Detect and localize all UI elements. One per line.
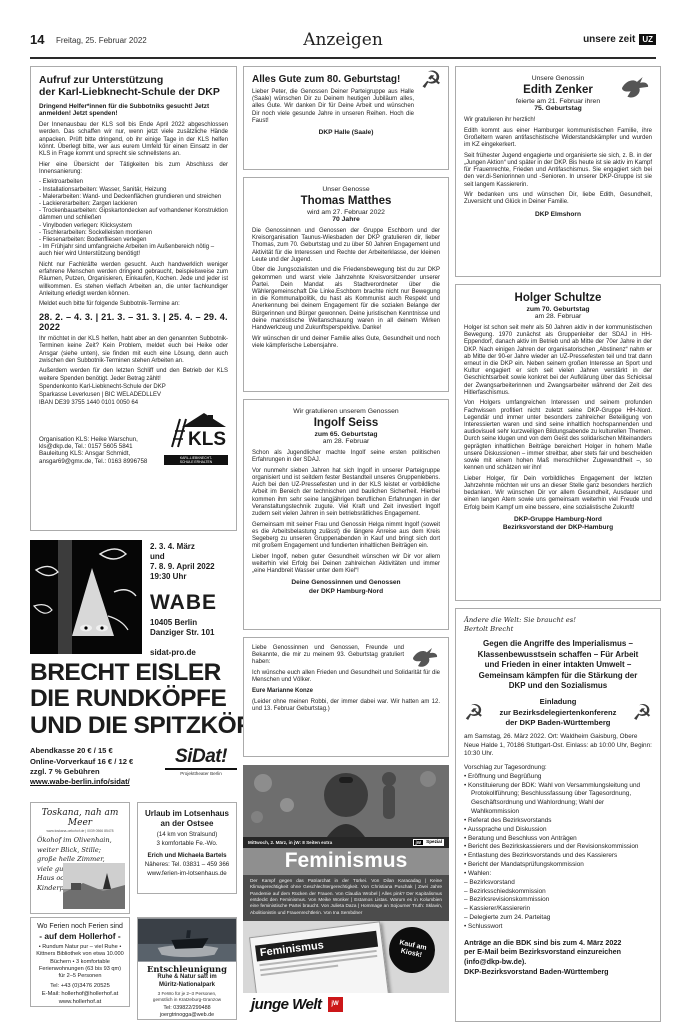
hollerhof-email[interactable]: E-Mail: hollerhof@hollerhof.at	[36, 991, 124, 999]
svg-text:KLS: KLS	[188, 429, 226, 449]
bdk-invitation-header: ☭ Einladung zur Bezirksdelegiertenkonfer…	[464, 697, 652, 728]
toskana-ad: Toskana, nah am Meer www.toskana-oekohof…	[30, 802, 130, 914]
bdk-closing: Anträge an die BDK sind bis zum 4. März …	[464, 938, 652, 977]
zenker-birthday-box: Unsere Genossin Edith Zenker feierte am …	[455, 66, 661, 277]
seiss-signature: Deine Genossinnen und Genossen der DKP H…	[252, 579, 440, 596]
masthead-name: unsere zeit	[583, 34, 635, 45]
zenker-signature: DKP Elmshorn	[464, 211, 652, 220]
kls-house-icon: KLS	[164, 411, 228, 449]
kls-task: - Tischlerarbeiten: Sockelleisten montie…	[39, 230, 228, 237]
bdk-motto: Gegen die Angriffe des Imperialismus – K…	[470, 639, 646, 691]
kls-account-line: Sparkasse Leverkusen | BIC WELADEDLLEV	[39, 392, 228, 399]
hammer-sickle-icon: ☭	[464, 702, 484, 724]
hollerhof-title: - auf dem Hollerhof -	[36, 931, 124, 941]
masthead: unsere zeit UZ	[583, 34, 656, 45]
bdk-invitation-box: Ändere die Welt: Sie braucht es! Bertolt…	[455, 608, 661, 1022]
boat-photo	[138, 918, 236, 962]
kls-logo-label: KARL-LIEBKNECHT- SCHULE ERHALTEN	[164, 455, 228, 466]
kls-paragraph: Hier eine Übersicht der Tätigkeiten bis …	[39, 162, 228, 176]
sidat-logo: SiDat! Projekttheater Berlin	[165, 746, 237, 787]
play-title-line: UND DIE SPITZKÖPFE	[30, 713, 237, 739]
kls-subbotnik-dates: 28. 2. – 4. 3. | 21. 3. – 31. 3. | 25. 4…	[39, 312, 228, 332]
lotsenhaus-website-link[interactable]: www.ferien-im-lotsenhaus.de	[143, 870, 231, 879]
kls-task-list: - Elektroarbeiten - Installationsarbeite…	[39, 179, 228, 258]
kls-paragraph: Der Innenausbau der KLS soll bis Ende Ap…	[39, 122, 228, 158]
schultze-name: Holger Schultze	[464, 292, 652, 304]
brecht-quote: Ändere die Welt: Sie braucht es! Bertolt…	[464, 616, 652, 634]
kiosk-badge: Kauf am Kiosk!	[385, 923, 440, 978]
lotsenhaus-ad: Urlaub im Lotsenhaus an der Ostsee (14 k…	[137, 802, 237, 894]
hollerhof-ad: Wo Ferien noch Ferien sind - auf dem Hol…	[30, 917, 130, 1007]
kls-paragraph: Außerdem werden für den letzten Schliff …	[39, 368, 228, 382]
play-title-line: BRECHT EISLER	[30, 660, 237, 686]
seiss-name: Ingolf Seiss	[252, 417, 440, 429]
left-column: Aufruf zur Unterstützung der Karl-Liebkn…	[30, 66, 237, 1020]
kls-task: - Elektroarbeiten	[39, 179, 228, 186]
kls-task: - Installationsarbeiten: Wasser, Sanitär…	[39, 187, 228, 194]
dove-icon	[410, 646, 440, 675]
konze-thanks-box: Liebe Genossinnen und Genossen, Freunde …	[243, 637, 449, 757]
halle-birthday-box: ☭ Alles Gute zum 80. Geburtstag! Lieber …	[243, 66, 449, 170]
junge-welt-ad: Mittwoch, 2. März, in jW: 8 Seiten extra…	[243, 765, 449, 1015]
jw-ad-title: Feminismus	[243, 848, 449, 875]
jw-red-logo: jW	[328, 997, 343, 1012]
hollerhof-website-link[interactable]: www.hollerhof.at	[36, 999, 124, 1007]
kls-appeal-box: Aufruf zur Unterstützung der Karl-Liebkn…	[30, 66, 237, 531]
seiss-birthday-box: Wir gratulieren unserem Genossen Ingolf …	[243, 399, 449, 630]
hollerhof-phone: Tel: +43 (0)3476 20525	[36, 983, 124, 991]
entschleunigung-phone: Tel: 039822/299488	[138, 1005, 236, 1012]
kls-task: - Fliesenarbeiten: Bodenfliesen verlegen	[39, 237, 228, 244]
toskana-landscape-photo	[63, 863, 125, 909]
wabe-ad-text: 2. 3. 4. März und 7. 8. 9. April 2022 19…	[150, 540, 217, 658]
theater-artwork-image	[30, 540, 142, 654]
play-title-line: DIE RUNDKÖPFE	[30, 686, 237, 712]
kls-task: - Vinylboden verlegen: Klicksystem	[39, 223, 228, 230]
kls-title: Aufruf zur Unterstützung der Karl-Liebkn…	[39, 74, 228, 99]
kls-task: - Malerarbeiten: Wand- und Deckenflächen…	[39, 194, 228, 201]
bdk-details: am Samstag, 26. März 2022. Ort: Waldheim…	[464, 733, 652, 759]
lotsenhaus-title: Urlaub im Lotsenhaus an der Ostsee	[143, 809, 231, 828]
header-rule	[30, 57, 656, 59]
newspaper-page: 14 Freitag, 25. Februar 2022 Anzeigen un…	[0, 0, 686, 1024]
lotsenhaus-phone: Näheres: Tel. 03831 – 459 366	[143, 861, 231, 870]
schultze-birthday-box: Holger Schultze zum 70. Geburtstag am 28…	[455, 284, 661, 601]
sidat-website-link[interactable]: sidat-pro.de	[150, 648, 217, 658]
entschleunigung-ad: Entschleunigung Ruhe & Natur satt im Mür…	[137, 917, 237, 1020]
dove-icon	[618, 75, 652, 106]
matthes-birthday-box: Unser Genosse Thomas Matthes wird am 27.…	[243, 177, 449, 392]
schultze-signature: DKP-Gruppe Hamburg-Nord Bezirksvorstand …	[464, 516, 652, 533]
travel-ads-row-1: Toskana, nah am Meer www.toskana-oekohof…	[30, 802, 237, 914]
kls-contacts: Organisation KLS: Heike Warschun, kls@dk…	[39, 436, 160, 466]
hammer-sickle-icon: ☭	[632, 702, 652, 724]
venue-address: 10405 Berlin	[150, 618, 217, 628]
hammer-sickle-icon: ☭	[420, 69, 442, 93]
bdk-agenda: Vorschlag zur Tagesordnung: • Eröffnung …	[464, 764, 652, 932]
right-column: Unsere Genossin Edith Zenker feierte am …	[455, 66, 661, 1022]
wabe-website-link[interactable]: www.wabe-berlin.info/sidat/	[30, 777, 130, 786]
konze-signature: Eure Marianne Konze	[252, 688, 440, 695]
middle-column: ☭ Alles Gute zum 80. Geburtstag! Lieber …	[243, 66, 449, 1015]
kls-paragraph: Ihr möchtet in der KLS helfen, habt aber…	[39, 336, 228, 365]
entschleunigung-title: Entschleunigung	[138, 964, 236, 974]
kls-account-line: Spendenkonto Karl-Liebknecht-Schule der …	[39, 384, 228, 391]
wabe-ad: 2. 3. 4. März und 7. 8. 9. April 2022 19…	[30, 540, 237, 658]
brecht-eisler-ad: BRECHT EISLER DIE RUNDKÖPFE UND DIE SPIT…	[30, 660, 237, 798]
kls-account-line: IBAN DE39 3755 1440 0101 0050 64	[39, 400, 228, 407]
jw-ad-body: Der Kampf gegen das Patriarchat in der T…	[243, 875, 449, 921]
feminism-photo	[243, 765, 449, 837]
entschleunigung-email[interactable]: joergtrinogga@web.de	[138, 1012, 236, 1019]
halle-body: Lieber Peter, die Genossen Deiner Partei…	[252, 89, 440, 125]
matthes-name: Thomas Matthes	[252, 195, 440, 207]
uz-logo: UZ	[639, 34, 656, 45]
kls-paragraph: Nicht nur Fachkräfte werden gesucht. Auc…	[39, 262, 228, 298]
venue-name: WABE	[150, 590, 217, 616]
jw-ad-footer: Feminismus Kauf am Kiosk! junge Welt jW	[243, 921, 449, 1015]
ticket-prices: Abendkasse 20 € / 15 € Online-Vorverkauf…	[30, 746, 133, 787]
halle-signature: DKP Halle (Saale)	[252, 129, 440, 138]
junge-welt-masthead: junge Welt jW	[243, 993, 449, 1015]
toskana-contact-line[interactable]: www.toskana-oekohof.de | 0039 0566 85478	[37, 829, 123, 833]
kls-paragraph: Meldet euch bitte für folgende Subbotnik…	[39, 301, 228, 308]
section-title: Anzeigen	[30, 30, 656, 50]
kls-task: - Trockenbauarbeiten: Gipskartondecken a…	[39, 208, 228, 222]
travel-ads-row-2: Wo Ferien noch Ferien sind - auf dem Hol…	[30, 917, 237, 1020]
toskana-title: Toskana, nah am Meer	[37, 808, 123, 828]
page-header: 14 Freitag, 25. Februar 2022 Anzeigen un…	[30, 30, 656, 54]
kls-logo: KLS KARL-LIEBKNECHT- SCHULE ERHALTEN	[164, 411, 228, 466]
kls-task: - Im Frühjahr sind umfangreiche Arbeiten…	[39, 244, 228, 258]
jw-spezial-badge: jW Spezial	[413, 839, 444, 846]
lotsenhaus-owners: Erich und Michaela Bartels	[143, 852, 231, 861]
jw-banner-strip: Mittwoch, 2. März, in jW: 8 Seiten extra…	[243, 837, 449, 848]
halle-title: Alles Gute zum 80. Geburtstag!	[252, 74, 440, 85]
kls-lead: Dringend Helfer*innen für die Subbotniks…	[39, 103, 228, 118]
kls-task: - Lackiererarbeiten: Zargen lackieren	[39, 201, 228, 208]
